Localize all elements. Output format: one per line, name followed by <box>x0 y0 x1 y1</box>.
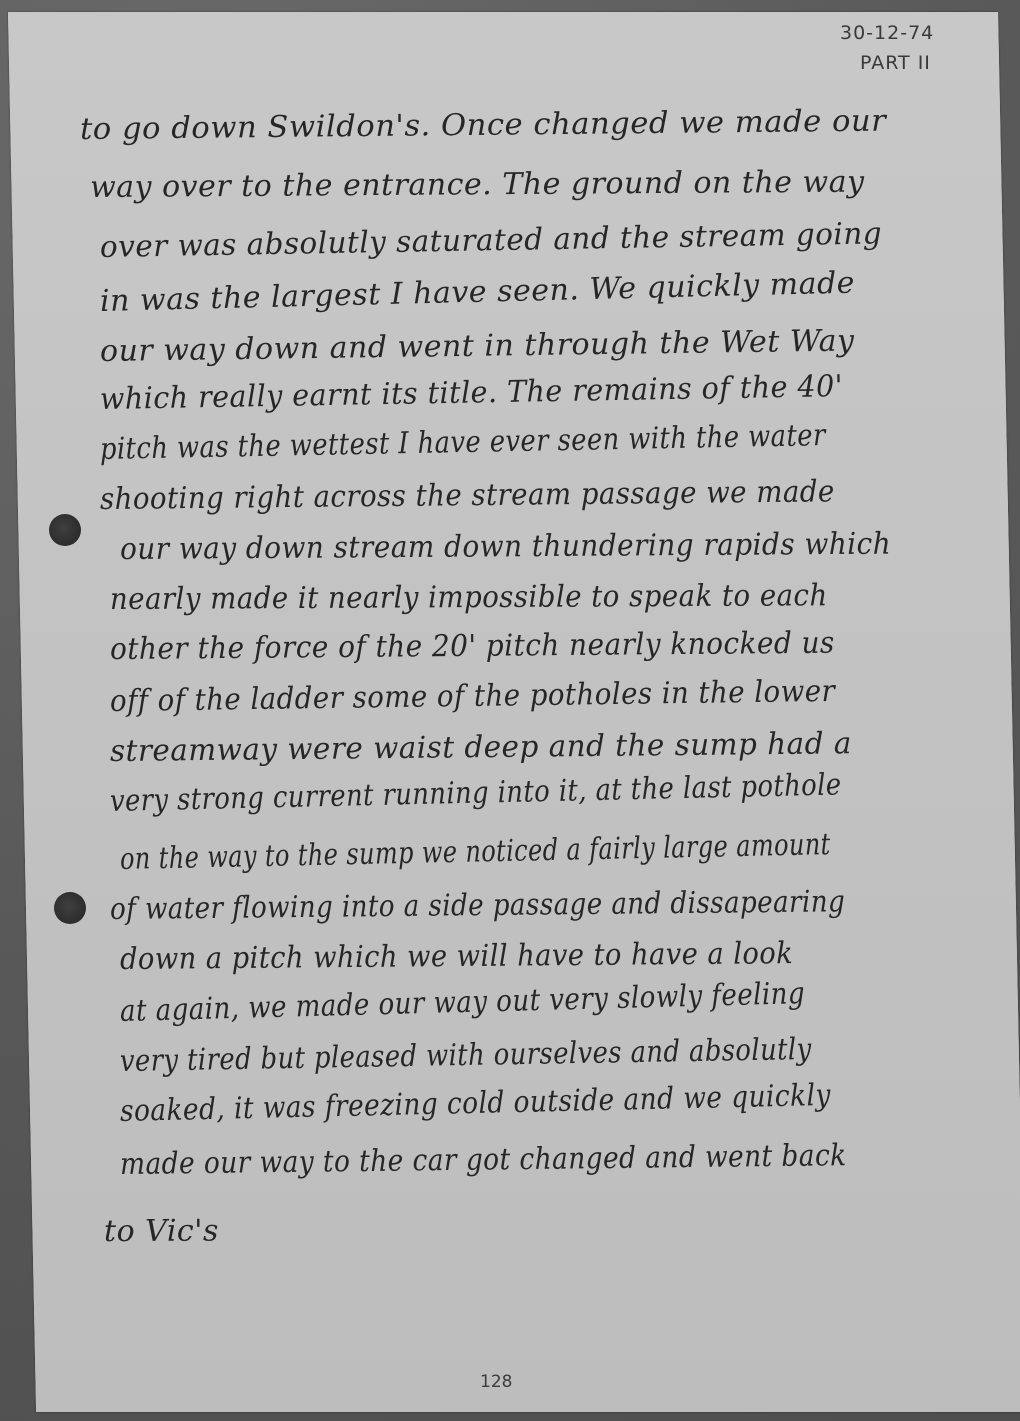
text-line: over was absolutly saturated and the str… <box>100 216 883 265</box>
notebook-page: 30-12-74 PART II to go down Swildon's. O… <box>8 12 1020 1412</box>
text-line: pitch was the wettest I have ever seen w… <box>100 418 826 467</box>
punch-hole-bottom <box>54 892 86 924</box>
text-line: way over to the entrance. The ground on … <box>90 165 865 205</box>
text-line: off of the ladder some of the potholes i… <box>110 674 836 719</box>
text-line: nearly made it nearly impossible to spea… <box>110 578 828 617</box>
text-line: very strong current running into it, at … <box>110 767 842 819</box>
text-line: streamway were waist deep and the sump h… <box>110 726 852 769</box>
entry-part: PART II <box>860 52 931 74</box>
text-line: very tired but pleased with ourselves an… <box>120 1032 812 1079</box>
text-line: our way down stream down thundering rapi… <box>120 527 891 567</box>
text-line: to go down Swildon's. Once changed we ma… <box>80 104 887 147</box>
page-content: 30-12-74 PART II to go down Swildon's. O… <box>8 12 998 1412</box>
text-line: shooting right across the stream passage… <box>100 474 835 517</box>
text-line: soaked, it was freezing cold outside and… <box>120 1078 832 1129</box>
text-line: to Vic's <box>104 1214 219 1249</box>
page-number: 128 <box>480 1372 512 1392</box>
entry-date: 30-12-74 <box>840 22 934 44</box>
text-line: on the way to the sump we noticed a fair… <box>120 827 831 877</box>
text-line: down a pitch which we will have to have … <box>120 936 794 977</box>
text-line: other the force of the 20' pitch nearly … <box>110 626 835 667</box>
text-line: which really earnt its title. The remain… <box>100 369 844 417</box>
punch-hole-top <box>49 514 81 546</box>
text-line: made our way to the car got changed and … <box>120 1138 847 1182</box>
text-line: of water flowing into a side passage and… <box>110 884 845 927</box>
text-line: in was the largest I have seen. We quick… <box>100 266 856 319</box>
text-line: at again, we made our way out very slowl… <box>120 976 806 1029</box>
text-line: our way down and went in through the Wet… <box>100 323 855 369</box>
